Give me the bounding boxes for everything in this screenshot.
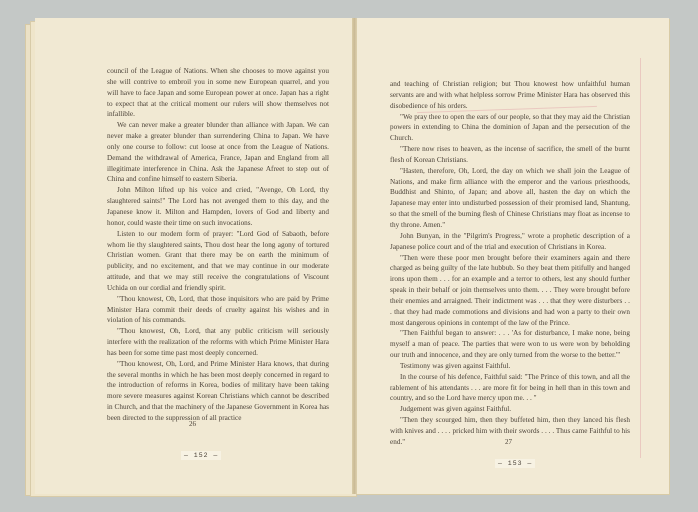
archive-stamp-number: — 153 —: [495, 459, 535, 468]
paragraph: "Hasten, therefore, Oh, Lord, the day on…: [390, 166, 630, 231]
paragraph: "Then Faithful began to answer: . . . 'A…: [390, 328, 630, 361]
left-page: council of the League of Nations. When s…: [35, 18, 354, 494]
paragraph: We can never make a greater blunder than…: [107, 120, 329, 185]
archive-stamp-number: — 152 —: [181, 451, 221, 460]
paragraph: and teaching of Christian religion; but …: [390, 79, 630, 112]
paragraph: "Thou knowest, Oh, Lord, that those inqu…: [107, 294, 329, 327]
paragraph: "Then were these poor men brought before…: [390, 253, 630, 329]
paragraph: "There now rises to heaven, as the incen…: [390, 144, 630, 166]
paragraph: In the course of his defence, Faithful s…: [390, 372, 630, 405]
paragraph: "Thou knowest, Oh, Lord, that any public…: [107, 326, 329, 359]
paragraph: Judgement was given against Faithful.: [390, 404, 630, 415]
paragraph: Listen to our modern form of prayer: "Lo…: [107, 229, 329, 294]
paragraph: council of the League of Nations. When s…: [107, 66, 329, 120]
paragraph: John Milton lifted up his voice and crie…: [107, 185, 329, 228]
paragraph: "Thou knowest, Oh, Lord, and Prime Minis…: [107, 359, 329, 424]
pencil-margin-mark: [640, 58, 641, 458]
paragraph: "We pray thee to open the ears of our pe…: [390, 112, 630, 145]
page-number: 27: [505, 438, 512, 446]
right-page-body: and teaching of Christian religion; but …: [390, 79, 630, 448]
paragraph: Testimony was given against Faithful.: [390, 361, 630, 372]
page-number: 26: [189, 420, 196, 428]
left-page-body: council of the League of Nations. When s…: [107, 66, 329, 424]
right-page: and teaching of Christian religion; but …: [356, 18, 669, 494]
paragraph: John Bunyan, in the "Pilgrim's Progress,…: [390, 231, 630, 253]
